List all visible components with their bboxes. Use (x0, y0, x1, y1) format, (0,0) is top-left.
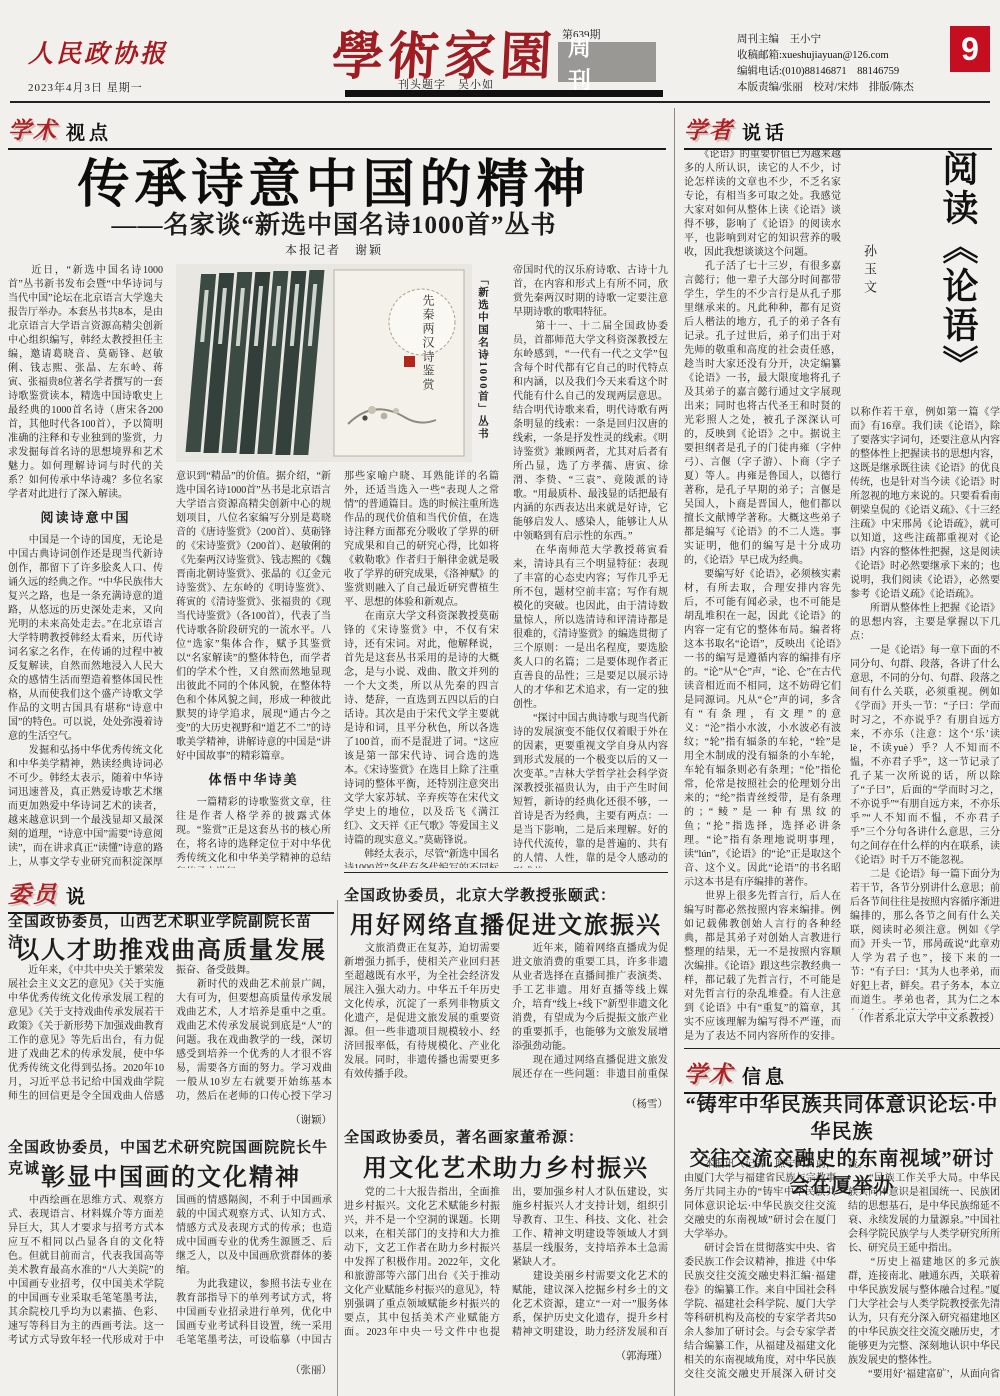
article-column-1: 近日，“新选中国名诗1000首”丛书新书发布会暨“中华诗词与当代中国”论坛在北京… (8, 264, 163, 868)
article-body: 文旅消费正在复苏，迫切需要新增强力抓手，使相关产业回归甚至超越既有水平，为全社会… (344, 942, 668, 1094)
subhead-reading-poetic-china: 阅读诗意中国 (8, 511, 163, 525)
book-cover-title: 先秦两汉诗鉴赏 (421, 293, 435, 392)
masthead-editor-info: 周刊主编 王小宁 收稿邮箱:xueshujiayuan@126.com 编辑电话… (737, 32, 914, 96)
scholar-article: 《论语》的重要价值已为越来越多的人所认识，读它的人不少，讨论怎样读的文章也不少，… (684, 148, 1000, 1040)
editor-phone-line: 编辑电话:(010)88146871 88146759 (737, 64, 914, 80)
info-article-body: 本报讯（记者 照宁）日前，由厦门大学与福建省民族与宗教事务厅共同主办的“铸牢中华… (684, 1158, 1000, 1388)
main-byline: 本报记者 谢颖 (0, 241, 668, 258)
header-rule (10, 101, 990, 103)
column-text: 一篇精彩的诗歌鉴赏文章，往往是作者人格学养的披露式体现。“鉴赏”正是这套丛书的核… (176, 796, 331, 868)
front-cover: 先秦两汉诗鉴赏 (334, 270, 464, 456)
main-subtitle: ——名家谈“新选中国名诗1000首”丛书 (0, 205, 668, 241)
article-title-chinese-painting: 彰显中国画的文化精神 (8, 1157, 334, 1192)
page-number-badge: 9 (950, 26, 990, 72)
main-article-body: 近日，“新选中国名诗1000首”丛书新书发布会暨“中华诗词与当代中国”论坛在北京… (8, 264, 668, 868)
submission-email-line: 收稿邮箱:xueshujiayuan@126.com (737, 48, 914, 64)
subhead-appreciating-chinese-poetry: 体悟中华诗美 (176, 773, 331, 787)
book-photo-caption: 「新选中国名诗1000首」丛书 (475, 274, 490, 462)
scholar-column-left: 《论语》的重要价值已为越来越多的人所认识，读它的人不少，讨论怎样读的文章也不少，… (684, 148, 841, 1040)
book-covers-image: 先秦两汉诗鉴赏 (176, 264, 472, 462)
column-text: 中国是一个诗的国度，无论是中国古典诗词创作还是现当代新诗创作，都留下了许多脍炙人… (8, 534, 163, 868)
info-top-rule (684, 1048, 1000, 1049)
article-kicker-zhangyiwu: 全国政协委员，北京大学教授张颐武： (344, 884, 668, 905)
article-byline: （杨雪） (344, 1096, 668, 1111)
section-label-red: 学术 (8, 112, 58, 145)
vertical-article-title: 阅读《论语》 (933, 150, 984, 384)
members-top-rule (344, 872, 668, 873)
newspaper-page: 人民政协报 2023年4月3日 星期一 學術家園 第639期 周 刊 刊头题字 … (0, 0, 1000, 1396)
scholar-column-right-text: 以称作若干章，例如第一篇《学而》有16章。我们读《论语》，除了要落实字词句，还要… (850, 406, 1000, 1010)
article-body: 近年来，《中共中央关于繁荣发展社会主义文艺的意见》《关于实施中华优秀传统文化传承… (8, 964, 332, 1110)
section-label-black: 说话 (742, 118, 788, 145)
article-title-rural-revitalization: 用文化艺术助力乡村振兴 (344, 1148, 668, 1183)
section-label-red: 学者 (684, 112, 734, 145)
article-column-2: 意识到“精品”的价值。据介绍，“新选中国名诗1000首”丛书是北京语言大学语言资… (176, 470, 331, 868)
article-byline: （张丽） (8, 1362, 332, 1377)
article-author: 孙玉文 (860, 244, 879, 298)
paper-name: 人民政协报 (28, 34, 168, 70)
article-byline: （谢颖） (8, 1112, 332, 1127)
column-text: 近日，“新选中国名诗1000首”丛书新书发布会暨“中华诗词与当代中国”论坛在北京… (8, 264, 163, 502)
article-byline: （郭海瑾） (344, 1348, 668, 1363)
info-title-line1: “铸牢中华民族共同体意识论坛·中华民族 (684, 1092, 1000, 1146)
column-text: 那些家喻户晓、耳熟能详的名篇外，还适当选入一些“表现人之常情”的普通篇目。选的时… (344, 470, 499, 868)
main-vertical-divider (674, 108, 675, 1396)
column-text: 意识到“精品”的价值。据介绍，“新选中国名诗1000首”丛书是北京语言大学语言资… (176, 470, 331, 764)
section-label-black: 说 (66, 882, 89, 909)
article-title-livestream-tourism: 用好网络直播促进文旅振兴 (344, 905, 668, 940)
author-affiliation-note: （作者系北京大学中文系教授） (850, 1010, 1000, 1025)
section-label-members: 委员 说 (8, 876, 334, 914)
section-label-black: 视点 (66, 118, 112, 145)
article-kicker-dongxiyuan: 全国政协委员，著名画家董希源： (344, 1126, 668, 1147)
section-label-red: 学术 (684, 1056, 734, 1089)
weekly-label: 周 刊 (558, 42, 656, 82)
section-label-red: 委员 (8, 876, 58, 909)
section-label-black: 信息 (742, 1062, 788, 1089)
section-label-scholar: 学者 说话 (684, 112, 992, 150)
page-staff-line: 本版责编/张丽 校对/宋炜 排版/陈杰 (737, 80, 914, 96)
book-photo: 先秦两汉诗鉴赏 「新选中国名诗1000首」丛书 (176, 264, 499, 462)
book-spines (185, 270, 324, 455)
article-body: 党的二十大报告指出，全面推进乡村振兴。文化艺术赋能乡村振兴，并不是一个空洞的课题… (344, 1186, 668, 1346)
masthead-left: 人民政协报 2023年4月3日 星期一 (28, 34, 168, 95)
section-label-info: 学术 信息 (684, 1056, 992, 1094)
vertical-title-block: 孙玉文 阅读《论语》 (850, 148, 1000, 406)
article-column-4: 帝国时代的汉乐府诗歌、古诗十九首，在内容和形式上有所不同，欣赏先秦两汉时期的诗歌… (513, 264, 668, 868)
masthead-thick-bar (345, 90, 663, 97)
article-column-3: 那些家喻户晓、耳熟能详的名篇外，还适当选入一些“表现人之常情”的普通篇目。选的时… (344, 470, 499, 868)
chief-editor-line: 周刊主编 王小宁 (737, 32, 914, 48)
article-title-opera-talent: 以人才助推戏曲高质量发展 (8, 930, 334, 965)
members-vertical-divider (337, 900, 338, 1396)
scholar-column-right: 孙玉文 阅读《论语》 以称作若干章，例如第一篇《学而》有16章。我们读《论语》，… (850, 148, 1000, 1040)
date-line: 2023年4月3日 星期一 (28, 79, 168, 95)
article-body: 中西绘画在思维方式、观察方式、表现语言、材料媒介等方面差异巨大，其人才要求与招考… (8, 1194, 332, 1360)
